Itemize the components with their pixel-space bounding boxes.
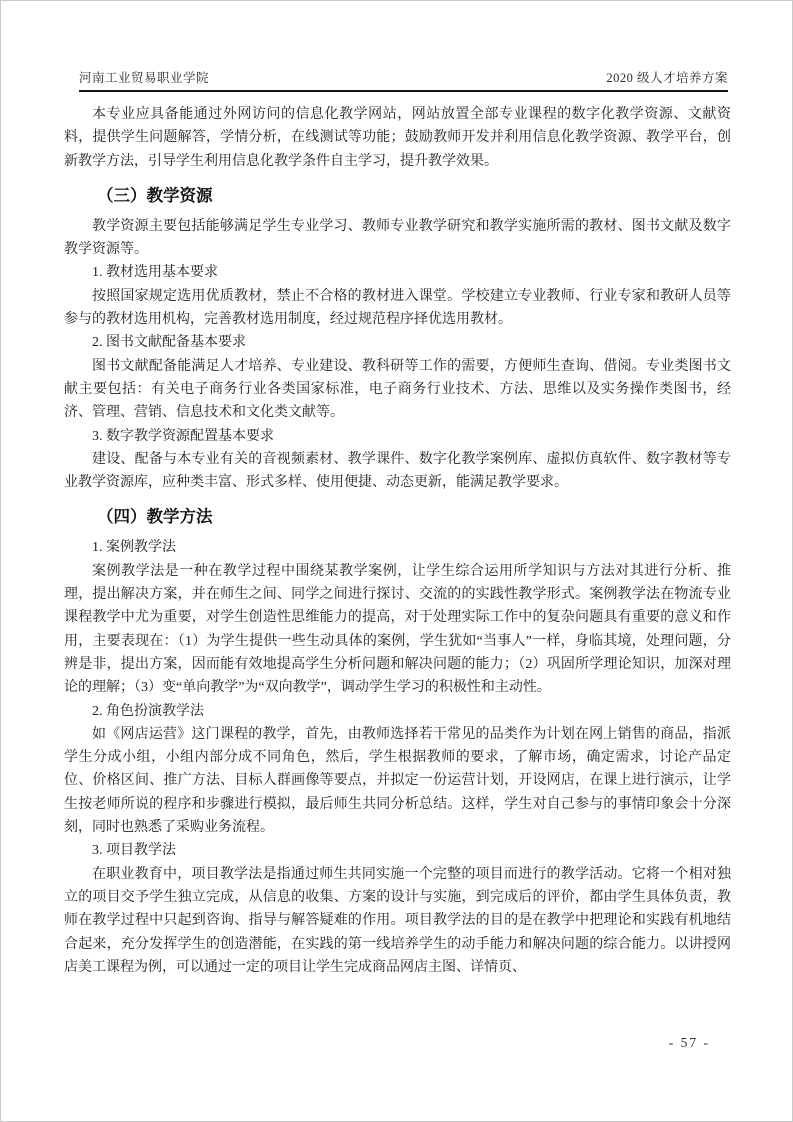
list-item-digital-resource-requirements: 3. 数字教学资源配置基本要求 [64,425,731,448]
paragraph-intro-informatization: 本专业应具备能通过外网访问的信息化教学网站，网站放置全部专业课程的数字化教学资源… [64,103,731,173]
paragraph-resources-overview: 教学资源主要包括能够满足学生专业学习、教师专业教学研究和教学实施所需的教材、图书… [64,215,731,262]
heading-teaching-resources: （三）教学资源 [64,184,731,208]
paragraph-library-provision: 图书文献配备能满足人才培养、专业建设、教科研等工作的需要，方便师生查询、借阅。专… [64,355,731,425]
list-item-textbook-requirements: 1. 教材选用基本要求 [64,261,731,284]
heading-teaching-methods: （四）教学方法 [64,505,731,529]
paragraph-case-method-detail: 案例教学法是一种在教学过程中围绕某教学案例，让学生综合运用所学知识与方法对其进行… [64,560,731,700]
header-plan-title: 2020 级人才培养方案 [606,71,728,85]
paragraph-digital-resources: 建设、配备与本专业有关的音视频素材、教学课件、数字化教学案例库、虚拟仿真软件、数… [64,448,731,495]
page-header: 河南工业贸易职业学院 2020 级人才培养方案 [79,71,728,92]
list-item-roleplay-method: 2. 角色扮演教学法 [64,700,731,723]
paragraph-roleplay-method-detail: 如《网店运营》这门课程的教学，首先，由教师选择若干常见的品类作为计划在网上销售的… [64,723,731,839]
list-item-case-method: 1. 案例教学法 [64,536,731,559]
document-page: 河南工业贸易职业学院 2020 级人才培养方案 本专业应具备能通过外网访问的信息… [0,0,793,1122]
list-item-library-requirements: 2. 图书文献配备基本要求 [64,331,731,354]
page-number: - 57 - [669,1035,710,1051]
paragraph-textbook-selection: 按照国家规定选用优质教材，禁止不合格的教材进入课堂。学校建立专业教师、行业专家和… [64,285,731,332]
header-school-name: 河南工业贸易职业学院 [79,71,209,85]
document-body: 本专业应具备能通过外网访问的信息化教学网站，网站放置全部专业课程的数字化教学资源… [64,103,731,979]
paragraph-project-method-detail: 在职业教育中，项目教学法是指通过师生共同实施一个完整的项目而进行的教学活动。它将… [64,863,731,979]
list-item-project-method: 3. 项目教学法 [64,839,731,862]
